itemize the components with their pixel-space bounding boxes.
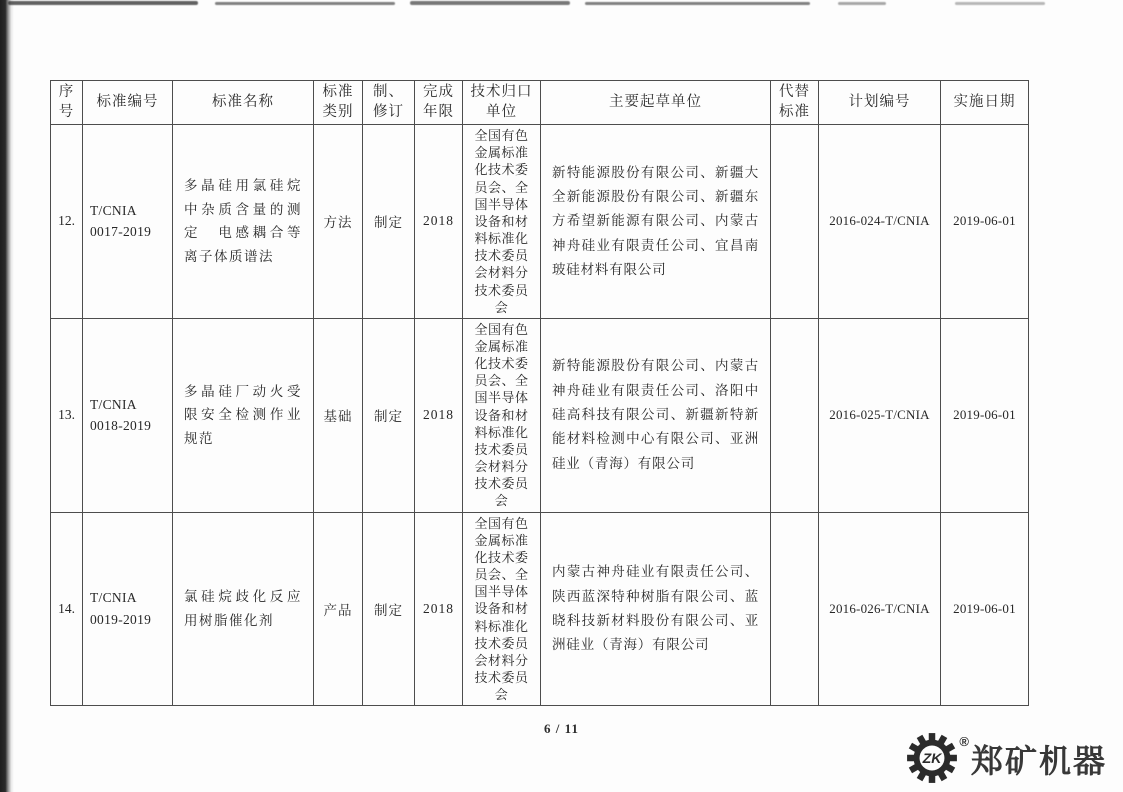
cell-category: 基础 bbox=[314, 318, 363, 512]
cell-code: T/CNIA 0018-2019 bbox=[83, 318, 173, 512]
cell-category: 方法 bbox=[314, 125, 363, 319]
cell-year: 2018 bbox=[415, 125, 463, 319]
registered-trademark-mark: ® bbox=[959, 734, 969, 749]
cell-seq: 12. bbox=[51, 125, 83, 319]
column-header-name: 标准名称 bbox=[173, 81, 314, 125]
column-header-tech-unit: 技术归口单位 bbox=[463, 81, 541, 125]
cell-drafters: 内蒙古神舟硅业有限责任公司、陕西蓝深特种树脂有限公司、蓝晓科技新材料股份有限公司… bbox=[541, 512, 771, 706]
cell-year: 2018 bbox=[415, 512, 463, 706]
column-header-code: 标准编号 bbox=[83, 81, 173, 125]
column-header-replaced: 代替标准 bbox=[771, 81, 819, 125]
cell-tech-unit: 全国有色金属标准化技术委员会、全国半导体设备和材料标准化技术委员会材料分技术委员… bbox=[463, 512, 541, 706]
cell-seq: 14. bbox=[51, 512, 83, 706]
column-header-plan-no: 计划编号 bbox=[819, 81, 941, 125]
cell-code: T/CNIA 0019-2019 bbox=[83, 512, 173, 706]
cell-replaced bbox=[771, 125, 819, 319]
scan-artifact bbox=[585, 2, 810, 5]
scan-artifact bbox=[8, 1, 198, 5]
cell-replaced bbox=[771, 318, 819, 512]
gear-zk-icon: ZK bbox=[906, 732, 958, 784]
scanned-document-page: 序号 标准编号 标准名称 标准类别 制、修订 完成年限 技术归口单位 主要起草单… bbox=[0, 0, 1123, 792]
column-header-drafters: 主要起草单位 bbox=[541, 81, 771, 125]
table-row: 14. T/CNIA 0019-2019 氯硅烷歧化反应用树脂催化剂 产品 制定… bbox=[51, 512, 1029, 706]
scan-artifact bbox=[838, 2, 886, 5]
column-header-action: 制、修订 bbox=[363, 81, 415, 125]
cell-action: 制定 bbox=[363, 125, 415, 319]
cell-plan-no: 2016-024-T/CNIA bbox=[819, 125, 941, 319]
cell-impl-date: 2019-06-01 bbox=[941, 125, 1029, 319]
cell-drafters: 新特能源股份有限公司、新疆大全新能源股份有限公司、新疆东方希望新能源有限公司、内… bbox=[541, 125, 771, 319]
scan-artifact bbox=[215, 2, 395, 5]
cell-plan-no: 2016-026-T/CNIA bbox=[819, 512, 941, 706]
cell-impl-date: 2019-06-01 bbox=[941, 512, 1029, 706]
scan-edge-shadow bbox=[0, 0, 14, 792]
standards-table: 序号 标准编号 标准名称 标准类别 制、修订 完成年限 技术归口单位 主要起草单… bbox=[50, 80, 1029, 706]
cell-replaced bbox=[771, 512, 819, 706]
cell-seq: 13. bbox=[51, 318, 83, 512]
brand-name-text: 郑矿机器 bbox=[971, 745, 1107, 777]
table-row: 13. T/CNIA 0018-2019 多晶硅厂动火受限安全检测作业规范 基础… bbox=[51, 318, 1029, 512]
cell-tech-unit: 全国有色金属标准化技术委员会、全国半导体设备和材料标准化技术委员会材料分技术委员… bbox=[463, 318, 541, 512]
cell-year: 2018 bbox=[415, 318, 463, 512]
cell-impl-date: 2019-06-01 bbox=[941, 318, 1029, 512]
cell-name: 多晶硅用氯硅烷中杂质含量的测定 电感耦合等离子体质谱法 bbox=[173, 125, 314, 319]
cell-category: 产品 bbox=[314, 512, 363, 706]
cell-action: 制定 bbox=[363, 318, 415, 512]
svg-text:ZK: ZK bbox=[922, 750, 944, 766]
table-header-row: 序号 标准编号 标准名称 标准类别 制、修订 完成年限 技术归口单位 主要起草单… bbox=[51, 81, 1029, 125]
table-row: 12. T/CNIA 0017-2019 多晶硅用氯硅烷中杂质含量的测定 电感耦… bbox=[51, 125, 1029, 319]
scan-artifact bbox=[955, 2, 1045, 5]
cell-name: 多晶硅厂动火受限安全检测作业规范 bbox=[173, 318, 314, 512]
cell-tech-unit: 全国有色金属标准化技术委员会、全国半导体设备和材料标准化技术委员会材料分技术委员… bbox=[463, 125, 541, 319]
column-header-year: 完成年限 bbox=[415, 81, 463, 125]
cell-code: T/CNIA 0017-2019 bbox=[83, 125, 173, 319]
cell-plan-no: 2016-025-T/CNIA bbox=[819, 318, 941, 512]
column-header-category: 标准类别 bbox=[314, 81, 363, 125]
company-logo: ZK ® 郑矿机器 bbox=[906, 732, 1107, 784]
column-header-impl-date: 实施日期 bbox=[941, 81, 1029, 125]
column-header-seq: 序号 bbox=[51, 81, 83, 125]
scan-artifact bbox=[410, 1, 570, 5]
cell-action: 制定 bbox=[363, 512, 415, 706]
cell-drafters: 新特能源股份有限公司、内蒙古神舟硅业有限责任公司、洛阳中硅高科技有限公司、新疆新… bbox=[541, 318, 771, 512]
cell-name: 氯硅烷歧化反应用树脂催化剂 bbox=[173, 512, 314, 706]
